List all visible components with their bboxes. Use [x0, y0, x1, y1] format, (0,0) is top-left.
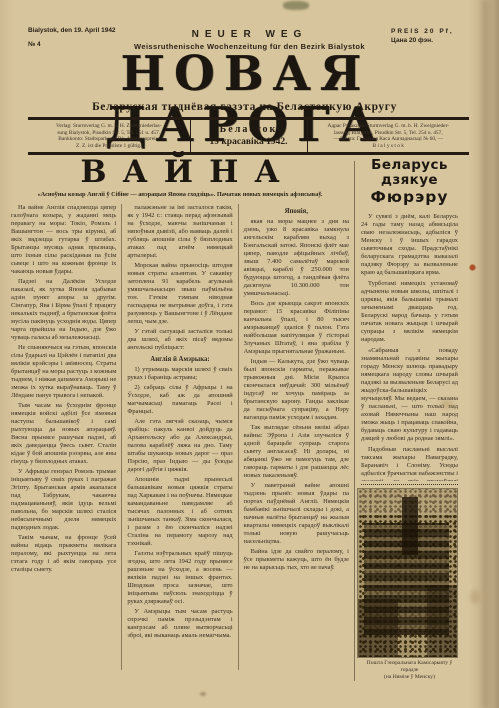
photo-shadow-left	[358, 599, 398, 657]
paragraph: У сувязі з днём, калі Беларусь 24 гады т…	[361, 213, 458, 277]
paragraph: Вось дзе крыецца сакрэт японскіх перамог…	[244, 300, 349, 356]
photo-caption-line2: (на Нямізе ў Менску)	[361, 674, 458, 681]
thanks-body: У сувязі з днём, калі Беларусь 24 гады т…	[361, 213, 458, 481]
paragraph: У Амэрыцы тым часам растуць спрэчкі памі…	[127, 608, 232, 640]
masthead-subtitle: Беларуская тыднёвая газэта на Беластоцку…	[0, 101, 489, 113]
imprint-address: Адрас Рэдакцыі: Sturmverlag G. m. b. H. …	[308, 120, 470, 152]
war-article: ВАЙНА «Асноўны козыр Англіі ў Сібіне — а…	[6, 157, 354, 681]
paragraph: Тым часам на ўсходнім фронце нямецкія во…	[11, 402, 116, 466]
paragraph: У гэтай сытуацыі засталіся толькі два шл…	[127, 328, 232, 352]
red-dot-stain	[469, 264, 476, 271]
thanks-headline-line2: Фюрэру	[361, 188, 458, 207]
paragraph: Не спыняючыся на гэтым, японскія сілы ўд…	[11, 344, 116, 400]
paragraph: У паветранай вайне апошні тыдзень прынёс…	[244, 482, 349, 546]
paragraph: Адрас Рэдакцыі: Sturmverlag G. m. b. H. …	[312, 123, 466, 130]
foxing-spot-3	[470, 590, 480, 604]
main-content: ВАЙНА «Асноўны козыр Англіі ў Сібіне — а…	[6, 157, 458, 681]
paragraph: 2) сабраць сілы ў Афрыцы і на Ўсходзе, к…	[127, 384, 232, 416]
paragraph: Z. Z. ist die Preisliste 1 gültig.	[32, 143, 186, 150]
ink-smudge-top	[283, 1, 309, 10]
paragraph: Падзеі на Далёкім Усходзе паказалі, як х…	[11, 278, 116, 342]
war-headline: ВАЙНА	[6, 157, 354, 187]
paragraph: Такім чынам, на фронце ўсей вайны відаць…	[11, 534, 116, 574]
war-columns: На вайне Англія спадзяецца цяпер галоўна…	[6, 204, 354, 670]
war-subhead: «Асноўны козыр Англіі ў Сібіне — апэрацы…	[6, 191, 354, 198]
war-col2-subhead: Англія й Амэрыка:	[127, 356, 232, 364]
paragraph: Апошнія тыдні прынесьлі бальшавікам новы…	[127, 476, 232, 548]
paragraph: палажэньне за імі засталося такім, як у …	[127, 204, 232, 260]
paragraph: Але гэта лягчэй сказаць, чымся зрабіць: …	[127, 418, 232, 474]
photo-caption: Пошта Гэнэральнага Камісарыяту ў горадзе…	[361, 660, 458, 681]
building-photo	[358, 489, 457, 657]
photo-shadow-right	[427, 585, 457, 657]
paragraph: 1) утрымаць марскія шляхі ў сваіх руках …	[127, 366, 232, 382]
photo-caption-line1: Пошта Гэнэральнага Камісарыяту ў горадзе	[361, 660, 458, 674]
paragraph: Індыя — Калькута, дзе ўжо чуваць былі яп…	[244, 358, 349, 422]
paragraph: Газэты нэўтральных краёў пішуць згодна, …	[127, 550, 232, 606]
paragraph: Bankkonto: Stadtsparkasse Bk. Anzeigenpr…	[32, 136, 186, 143]
dotted-separator	[361, 484, 458, 485]
war-column-2: палажэньне за імі засталося такім, як у …	[121, 204, 237, 670]
paragraph: sung Bialystok, Pisudkin Str. 5, Tel. 25…	[32, 130, 186, 137]
thanks-article: Беларусь дзякуе Фюрэру У сувязі з днём, …	[355, 157, 458, 681]
war-col3-body: якая на моры мацнее з дня на дзень, ужо …	[244, 218, 349, 572]
paragraph: Морская вайна прыносіць штодня новыя стр…	[127, 262, 232, 326]
price-belarusian: Цана 20 фэн.	[391, 36, 483, 45]
paragraph: «Сабраныя з поваду знамянальнай гадавіны…	[361, 347, 458, 443]
price-german: PREIS 20 Pf,	[391, 27, 483, 36]
war-column-3: Японія, якая на моры мацнее з дня на дзе…	[238, 204, 354, 670]
thanks-headline: Беларусь дзякуе Фюрэру	[361, 158, 458, 207]
war-col3-lead: Японія,	[244, 208, 349, 216]
paragraph: На вайне Англія спадзяецца цяпер галоўна…	[11, 204, 116, 276]
war-column-1: На вайне Англія спадзяецца цяпер галоўна…	[6, 204, 121, 670]
paragraph: Вайна ідзе да свайго пералому, і ўсе пры…	[244, 548, 349, 572]
paragraph: Падобныя пасланьні выслалі таксама жыхар…	[361, 446, 458, 481]
foxing-spot-2	[200, 692, 206, 696]
price-block: PREIS 20 Pf, Цана 20 фэн.	[391, 27, 483, 45]
imprint-publisher: Verlag: Sturmverlag G. m. b. H. Zweignie…	[28, 120, 190, 152]
issue-date: 19 красавіка 1942.	[195, 137, 303, 147]
paragraph: Verlag: Sturmverlag G. m. b. H. Zweignie…	[32, 123, 186, 130]
paragraph: У Афрыцы генэрал Ромэль трымае ініцыятыв…	[11, 468, 116, 532]
imprint-city-date: Беласток 19 красавіка 1942.	[190, 120, 308, 152]
paragraph: Так выглядае сёньня вялікі абраз вайны: …	[244, 424, 349, 480]
thanks-headline-line1: Беларусь дзякуе	[361, 158, 458, 188]
imprint-bar: Verlag: Sturmverlag G. m. b. H. Zweignie…	[28, 117, 469, 155]
paragraph: Турботамі нямецкіх установаў адчынены но…	[361, 280, 458, 344]
paragraph: B i a l y s t o k	[312, 143, 466, 150]
war-col2-bottom: Але гэта лягчэй сказаць, чымся зрабіць: …	[127, 418, 232, 640]
newspaper-page: Bialystok, den 19. April 1942 № 4 NEUER …	[0, 0, 499, 708]
city-name: Беласток	[195, 124, 303, 135]
war-col2-top: палажэньне за імі засталося такім, як у …	[127, 204, 232, 352]
paragraph: якая на моры мацнее з дня на дзень, ужо …	[244, 218, 349, 298]
photo-tower	[402, 497, 418, 555]
paragraph: — Конта: Галоўная Каса Ашчаднасьці № 60,…	[312, 136, 466, 143]
war-col2-list: 1) утрымаць марскія шляхі ў сваіх руках …	[127, 366, 232, 416]
